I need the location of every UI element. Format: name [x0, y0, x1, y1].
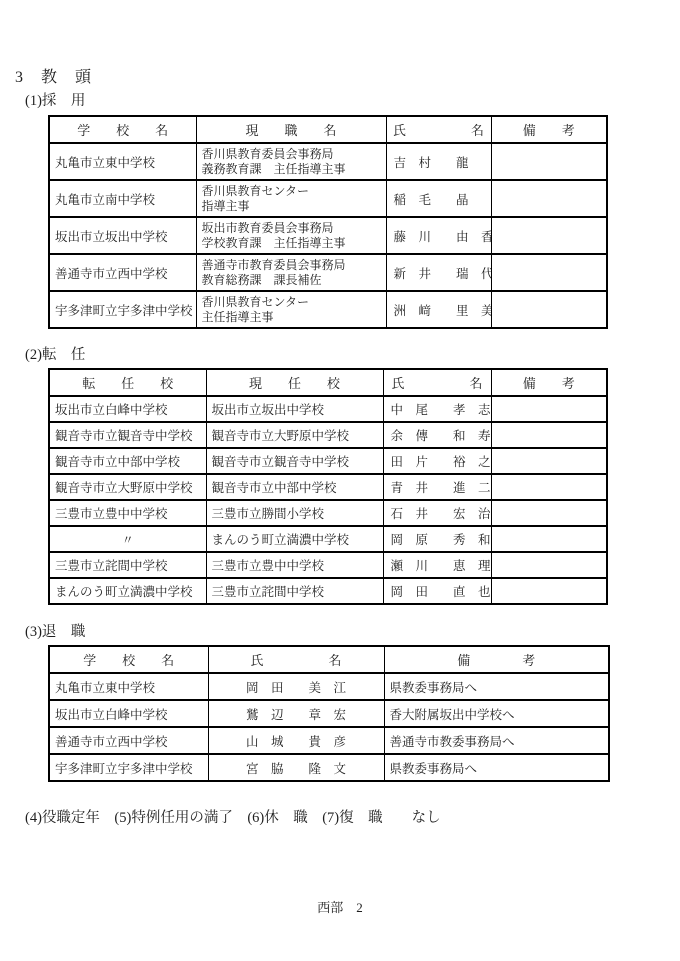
cell-note — [491, 422, 607, 448]
position-line: 主任指導主事 — [202, 310, 386, 325]
table-row: 観音寺市立中部中学校 観音寺市立観音寺中学校 田 片 裕 之 — [49, 448, 607, 474]
position-line: 香川県教育センター — [202, 295, 386, 310]
cell-school-name: 善通寺市立西中学校 — [49, 727, 208, 754]
position-line: 香川県教育センター — [202, 184, 386, 199]
cell-note — [491, 500, 607, 526]
column-header-school: 学 校 名 — [49, 116, 196, 143]
column-header-name: 氏 名 — [383, 369, 491, 396]
table-row: 坂出市立白峰中学校 坂出市立坂出中学校 中 尾 孝 志 — [49, 396, 607, 422]
table-row: 坂出市立白峰中学校 鷲 辺 章 宏 香大附属坂出中学校へ — [49, 700, 609, 727]
cell-school-name: 丸亀市立東中学校 — [49, 673, 208, 700]
header-row: 転 任 校 現 任 校 氏 名 備 考 — [49, 369, 607, 396]
cell-person-name: 青 井 進 二 — [383, 474, 491, 500]
column-header-name: 氏 名 — [208, 646, 384, 673]
position-line: 教育総務課 課長補佐 — [202, 273, 386, 288]
cell-current-school: 三豊市立詫間中学校 — [206, 578, 383, 604]
cell-note: 香大附属坂出中学校へ — [384, 700, 609, 727]
cell-person-name: 山 城 貴 彦 — [208, 727, 384, 754]
position-line: 指導主事 — [202, 199, 386, 214]
cell-school-name: 宇多津町立宇多津中学校 — [49, 291, 196, 328]
header-row: 学 校 名 氏 名 備 考 — [49, 646, 609, 673]
cell-note — [491, 474, 607, 500]
transfer-table: 転 任 校 現 任 校 氏 名 備 考 坂出市立白峰中学校 坂出市立坂出中学校 … — [48, 368, 608, 605]
cell-current-school: 坂出市立坂出中学校 — [206, 396, 383, 422]
document-page: 3 教 頭 (1)採 用 学 校 名 現 職 名 氏 名 備 考 丸亀市立東中学… — [0, 0, 680, 961]
column-header-new-school: 転 任 校 — [49, 369, 206, 396]
cell-new-school: 観音寺市立大野原中学校 — [49, 474, 206, 500]
cell-note — [491, 217, 607, 254]
cell-note: 県教委事務局へ — [384, 673, 609, 700]
table-row: 丸亀市立東中学校 岡 田 美 江 県教委事務局へ — [49, 673, 609, 700]
cell-note — [491, 578, 607, 604]
cell-current-position: 香川県教育委員会事務局 義務教育課 主任指導主事 — [196, 143, 386, 180]
cell-new-school-ditto-mark: 〃 — [49, 526, 206, 552]
table-row: 善通寺市立西中学校 山 城 貴 彦 善通寺市教委事務局へ — [49, 727, 609, 754]
cell-person-name: 岡 原 秀 和 — [383, 526, 491, 552]
cell-note — [491, 254, 607, 291]
other-categories-line: (4)役職定年 (5)特例任用の満了 (6)休 職 (7)復 職 なし — [25, 806, 441, 827]
table-row: 観音寺市立観音寺中学校 観音寺市立大野原中学校 余 傳 和 寿 — [49, 422, 607, 448]
cell-new-school: 坂出市立白峰中学校 — [49, 396, 206, 422]
cell-person-name: 石 井 宏 治 — [383, 500, 491, 526]
column-header-note: 備 考 — [491, 116, 607, 143]
cell-new-school: 観音寺市立中部中学校 — [49, 448, 206, 474]
table-row: 三豊市立豊中中学校 三豊市立勝間小学校 石 井 宏 治 — [49, 500, 607, 526]
table-row: 丸亀市立東中学校 香川県教育委員会事務局 義務教育課 主任指導主事 吉 村 龍 — [49, 143, 607, 180]
cell-person-name: 中 尾 孝 志 — [383, 396, 491, 422]
cell-note — [491, 180, 607, 217]
cell-school-name: 宇多津町立宇多津中学校 — [49, 754, 208, 781]
cell-person-name: 田 片 裕 之 — [383, 448, 491, 474]
cell-person-name: 余 傳 和 寿 — [383, 422, 491, 448]
header-row: 学 校 名 現 職 名 氏 名 備 考 — [49, 116, 607, 143]
cell-new-school: まんのう町立満濃中学校 — [49, 578, 206, 604]
column-header-current-school: 現 任 校 — [206, 369, 383, 396]
table-row: 宇多津町立宇多津中学校 香川県教育センター 主任指導主事 洲 﨑 里 美 — [49, 291, 607, 328]
table-row: まんのう町立満濃中学校 三豊市立詫間中学校 岡 田 直 也 — [49, 578, 607, 604]
transfer-section-label: (2)転 任 — [25, 343, 85, 364]
column-header-name: 氏 名 — [386, 116, 491, 143]
cell-current-position: 香川県教育センター 主任指導主事 — [196, 291, 386, 328]
cell-person-name: 新 井 瑞 代 — [386, 254, 491, 291]
cell-note — [491, 552, 607, 578]
cell-current-position: 善通寺市教育委員会事務局 教育総務課 課長補佐 — [196, 254, 386, 291]
cell-school-name: 善通寺市立西中学校 — [49, 254, 196, 291]
position-line: 坂出市教育委員会事務局 — [202, 221, 386, 236]
cell-note — [491, 526, 607, 552]
cell-school-name: 坂出市立坂出中学校 — [49, 217, 196, 254]
cell-school-name: 丸亀市立東中学校 — [49, 143, 196, 180]
cell-school-name: 坂出市立白峰中学校 — [49, 700, 208, 727]
cell-person-name: 洲 﨑 里 美 — [386, 291, 491, 328]
cell-current-school: まんのう町立満濃中学校 — [206, 526, 383, 552]
position-line: 義務教育課 主任指導主事 — [202, 162, 386, 177]
cell-note — [491, 291, 607, 328]
column-header-note: 備 考 — [491, 369, 607, 396]
cell-new-school: 三豊市立豊中中学校 — [49, 500, 206, 526]
cell-person-name: 吉 村 龍 — [386, 143, 491, 180]
cell-person-name: 藤 川 由 香 — [386, 217, 491, 254]
position-line: 学校教育課 主任指導主事 — [202, 236, 386, 251]
adoption-section-label: (1)採 用 — [25, 89, 85, 110]
cell-new-school: 観音寺市立観音寺中学校 — [49, 422, 206, 448]
table-row: 宇多津町立宇多津中学校 宮 脇 隆 文 県教委事務局へ — [49, 754, 609, 781]
cell-note — [491, 448, 607, 474]
cell-current-school: 観音寺市立観音寺中学校 — [206, 448, 383, 474]
cell-current-school: 観音寺市立中部中学校 — [206, 474, 383, 500]
table-row: 善通寺市立西中学校 善通寺市教育委員会事務局 教育総務課 課長補佐 新 井 瑞 … — [49, 254, 607, 291]
table-row: 三豊市立詫間中学校 三豊市立豊中中学校 瀬 川 恵 理 — [49, 552, 607, 578]
column-header-school: 学 校 名 — [49, 646, 208, 673]
cell-school-name: 丸亀市立南中学校 — [49, 180, 196, 217]
cell-current-school: 三豊市立豊中中学校 — [206, 552, 383, 578]
retirement-table: 学 校 名 氏 名 備 考 丸亀市立東中学校 岡 田 美 江 県教委事務局へ 坂… — [48, 645, 610, 782]
cell-current-position: 香川県教育センター 指導主事 — [196, 180, 386, 217]
retirement-section-label: (3)退 職 — [25, 620, 85, 641]
table-row: 坂出市立坂出中学校 坂出市教育委員会事務局 学校教育課 主任指導主事 藤 川 由… — [49, 217, 607, 254]
cell-person-name: 宮 脇 隆 文 — [208, 754, 384, 781]
cell-note: 善通寺市教委事務局へ — [384, 727, 609, 754]
table-row: 丸亀市立南中学校 香川県教育センター 指導主事 稲 毛 晶 — [49, 180, 607, 217]
page-title: 3 教 頭 — [15, 64, 92, 87]
cell-note — [491, 396, 607, 422]
cell-note — [491, 143, 607, 180]
cell-person-name: 瀬 川 恵 理 — [383, 552, 491, 578]
table-row: 観音寺市立大野原中学校 観音寺市立中部中学校 青 井 進 二 — [49, 474, 607, 500]
position-line: 善通寺市教育委員会事務局 — [202, 258, 386, 273]
page-footer-label: 西部 2 — [0, 897, 680, 916]
column-header-current-position: 現 職 名 — [196, 116, 386, 143]
cell-note: 県教委事務局へ — [384, 754, 609, 781]
cell-new-school: 三豊市立詫間中学校 — [49, 552, 206, 578]
table-row: 〃 まんのう町立満濃中学校 岡 原 秀 和 — [49, 526, 607, 552]
cell-current-position: 坂出市教育委員会事務局 学校教育課 主任指導主事 — [196, 217, 386, 254]
cell-person-name: 岡 田 直 也 — [383, 578, 491, 604]
adoption-table: 学 校 名 現 職 名 氏 名 備 考 丸亀市立東中学校 香川県教育委員会事務局… — [48, 115, 608, 329]
cell-person-name: 鷲 辺 章 宏 — [208, 700, 384, 727]
cell-current-school: 観音寺市立大野原中学校 — [206, 422, 383, 448]
cell-person-name: 岡 田 美 江 — [208, 673, 384, 700]
cell-person-name: 稲 毛 晶 — [386, 180, 491, 217]
column-header-note: 備 考 — [384, 646, 609, 673]
cell-current-school: 三豊市立勝間小学校 — [206, 500, 383, 526]
position-line: 香川県教育委員会事務局 — [202, 147, 386, 162]
